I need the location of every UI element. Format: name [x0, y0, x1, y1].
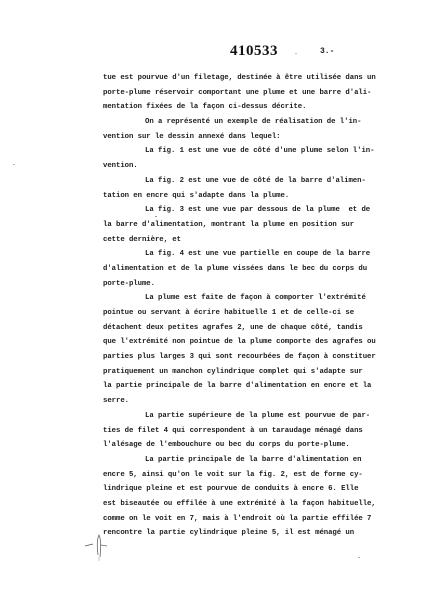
scan-speck	[13, 164, 15, 165]
text-line: tation en encre qui s'adapte dans la plu…	[103, 189, 383, 204]
text-line: La fig. 4 est une vue partielle en coupe…	[103, 247, 383, 262]
text-line: l'alésage de l'embouchure ou bec du corp…	[103, 438, 383, 453]
text-line: mentation fixées de la façon ci-dessus d…	[103, 100, 383, 115]
text-line: La fig. 1 est une vue de côté d'une plum…	[103, 144, 383, 159]
text-line: la barre d'alimentation, montrant la plu…	[103, 218, 383, 233]
scan-speck	[155, 216, 157, 217]
body-text: tue est pourvue d'un filetage, destinée …	[103, 71, 383, 541]
page-number: 3.-	[320, 47, 334, 56]
text-line: que l'extrémité non pointue de la plume …	[103, 335, 383, 350]
text-line: encre 5, ainsi qu'on le voit sur la fig.…	[103, 468, 383, 483]
text-line: La plume est faite de façon à comporter …	[103, 291, 383, 306]
text-line: ties de filet 4 qui correspondent à un t…	[103, 424, 383, 439]
text-line: La partie principale de la barre d'alime…	[103, 453, 383, 468]
text-line: détachent deux petites agrafes 2, une de…	[103, 321, 383, 336]
scan-speck	[295, 53, 297, 54]
text-line: lindrique pleine et est pourvue de condu…	[103, 482, 383, 497]
text-line: pratiquement un manchon cylindrique comp…	[103, 365, 383, 380]
handwritten-mark-icon	[83, 533, 115, 563]
text-line: est biseautée ou effilée à une extrémité…	[103, 497, 383, 512]
document-page: 410533 3.- tue est pourvue d'un filetage…	[0, 0, 443, 599]
text-line: serre.	[103, 394, 383, 409]
text-line: la partie principale de la barre d'alime…	[103, 379, 383, 394]
text-line: d'alimentation et de la plume vissées da…	[103, 262, 383, 277]
text-line: porte-plume réservoir comportant une plu…	[103, 86, 383, 101]
text-line: La fig. 2 est une vue de côté de la barr…	[103, 174, 383, 189]
text-line: pointue ou servant à écrire habituelle 1…	[103, 306, 383, 321]
text-line: La fig. 3 est une vue par dessous de la …	[103, 203, 383, 218]
text-line: La partie supérieure de la plume est pou…	[103, 409, 383, 424]
text-line: vention sur le dessin annexé dans lequel…	[103, 130, 383, 145]
scan-speck	[358, 557, 360, 558]
text-line: cette dernière, et	[103, 233, 383, 248]
text-line: tue est pourvue d'un filetage, destinée …	[103, 71, 383, 86]
text-line: rencontre la partie cylindrique pleine 5…	[103, 526, 383, 541]
text-line: porte-plume.	[103, 277, 383, 292]
text-line: parties plus larges 3 qui sont recourbée…	[103, 350, 383, 365]
text-line: comme on le voit en 7, mais à l'endroit …	[103, 512, 383, 527]
text-line: vention.	[103, 159, 383, 174]
patent-number: 410533	[230, 43, 278, 60]
text-line: On a représenté un exemple de réalisatio…	[103, 115, 383, 130]
